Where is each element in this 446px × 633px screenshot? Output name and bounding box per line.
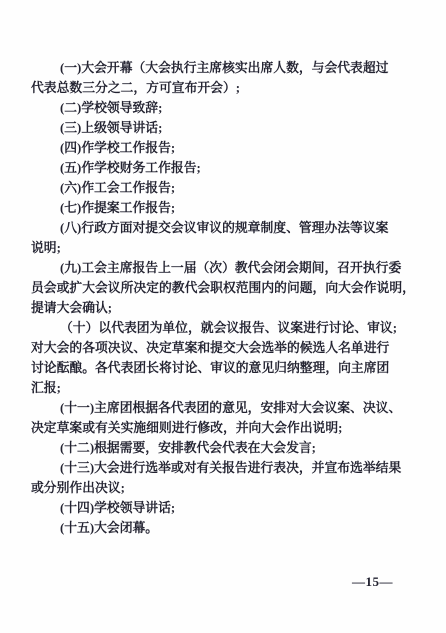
document-line: (十二)根据需要，安排教代会代表在大会发言; — [31, 438, 419, 458]
document-line: (八)行政方面对提交会议审议的规章制度、管理办法等议案 — [31, 218, 419, 238]
document-line: (六)作工会工作报告; — [31, 178, 419, 198]
document-line: (十四)学校领导讲话; — [31, 498, 419, 518]
document-page: (一)大会开幕（大会执行主席核实出席人数，与会代表超过代表总数三分之二，方可宣布… — [0, 0, 446, 633]
page-number: —15— — [352, 574, 393, 590]
document-line: (十三)大会进行选举或对有关报告进行表决，并宣布选举结果 — [31, 458, 419, 478]
document-line: (一)大会开幕（大会执行主席核实出席人数，与会代表超过 — [31, 58, 419, 78]
document-line: (三)上级领导讲话; — [31, 118, 419, 138]
document-line: (四)作学校工作报告; — [31, 138, 419, 158]
document-line: (七)作提案工作报告; — [31, 198, 419, 218]
document-line: 说明; — [31, 238, 419, 258]
document-line: 汇报; — [31, 378, 419, 398]
document-line: 员会或扩大会议所决定的教代会职权范围内的问题，向大会作说明， — [31, 278, 419, 298]
document-line: 提请大会确认; — [31, 298, 419, 318]
document-body: (一)大会开幕（大会执行主席核实出席人数，与会代表超过代表总数三分之二，方可宣布… — [31, 58, 419, 538]
document-line: 对大会的各项决议、决定草案和提交大会选举的候选人名单进行 — [31, 338, 419, 358]
document-line: 讨论酝酿。各代表团长将讨论、审议的意见归纳整理，向主席团 — [31, 358, 419, 378]
document-line: (九)工会主席报告上一届（次）教代会闭会期间，召开执行委 — [31, 258, 419, 278]
document-line: （十）以代表团为单位，就会议报告、议案进行讨论、审议; — [31, 318, 419, 338]
document-line: (二)学校领导致辞; — [31, 98, 419, 118]
document-line: (十五)大会闭幕。 — [31, 518, 419, 538]
document-line: 代表总数三分之二，方可宣布开会）; — [31, 78, 419, 98]
document-line: (五)作学校财务工作报告; — [31, 158, 419, 178]
document-line: (十一)主席团根据各代表团的意见，安排对大会议案、决议、 — [31, 398, 419, 418]
document-line: 决定草案或有关实施细则进行修改，并向大会作出说明; — [31, 418, 419, 438]
document-line: 或分别作出决议; — [31, 478, 419, 498]
